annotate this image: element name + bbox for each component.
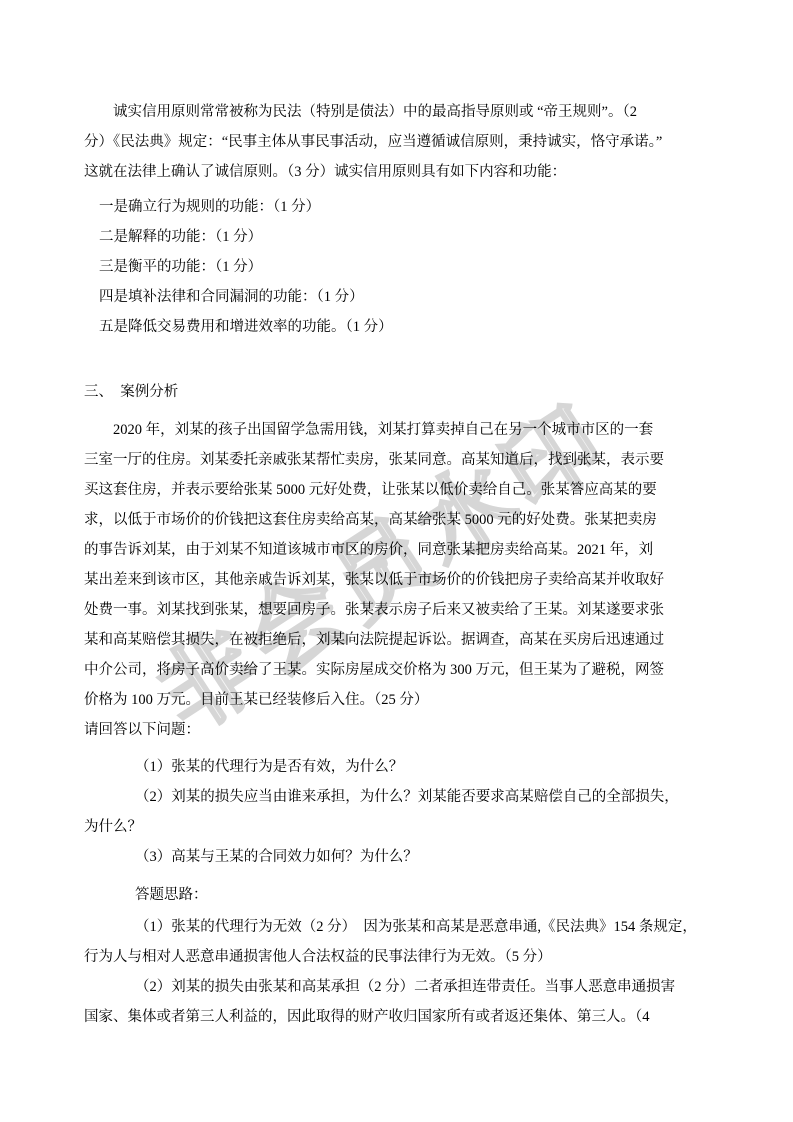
text-line: 四是填补法律和合同漏洞的功能：（1 分） [84, 282, 712, 312]
text-line: 处费一事。刘某找到张某，想要回房子。张某表示房子后来又被卖给了王某。刘某遂要求张 [84, 595, 712, 625]
text-line: 中介公司，将房子高价卖给了王某。实际房屋成交价格为 300 万元，但王某为了避税… [84, 655, 712, 685]
answers: （1）张某的代理行为无效（2 分） 因为张某和高某是恶意串通,《民法典》154 … [84, 912, 712, 1032]
text-line: （1）张某的代理行为是否有效，为什么？ [84, 752, 712, 782]
text-line: 买这套住房，并表示要给张某 5000 元好处费，让张某以低价卖给自己。张某答应高… [84, 475, 712, 505]
case-paragraph: 2020 年，刘某的孩子出国留学急需用钱，刘某打算卖掉自己在另一个城市市区的一套… [84, 415, 712, 715]
text-line: 这就在法律上确认了诚信原则。（3 分）诚实信用原则具有如下内容和功能： [84, 157, 712, 187]
text-line: 一是确立行为规则的功能：（1 分） [84, 192, 712, 222]
text-line: 某和高某赔偿其损失，在被拒绝后，刘某向法院提起诉讼。据调查，高某在买房后迅速通过 [84, 625, 712, 655]
text-line: （3）高某与王某的合同效力如何？为什么？ [84, 842, 712, 872]
text-line: 答题思路： [84, 880, 712, 910]
principle-functions-list: 一是确立行为规则的功能：（1 分）二是解释的功能：（1 分）三是衡平的功能：（1… [84, 192, 712, 342]
questions-prompt: 请回答以下问题： [84, 715, 712, 745]
text-line: 的事告诉刘某，由于刘某不知道该城市市区的房价，同意张某把房卖给高某。2021 年… [84, 535, 712, 565]
questions: （1）张某的代理行为是否有效，为什么？（2）刘某的损失应当由谁来承担，为什么？刘… [84, 752, 712, 872]
text-line: 二是解释的功能：（1 分） [84, 222, 712, 252]
text-line: 三、 案例分析 [84, 377, 712, 407]
text-line: 诚实信用原则常常被称为民法（特别是债法）中的最高指导原则或 “帝王规则”。（2 [84, 97, 712, 127]
text-line: （2）刘某的损失由张某和高某承担（2 分）二者承担连带责任。当事人恶意串通损害 [84, 972, 712, 1002]
text-line: （1）张某的代理行为无效（2 分） 因为张某和高某是恶意串通,《民法典》154 … [84, 912, 712, 942]
text-line: 求，以低于市场价的价钱把这套住房卖给高某，高某给张某 5000 元的好处费。张某… [84, 505, 712, 535]
text-line: 请回答以下问题： [84, 715, 712, 745]
document-body: 诚实信用原则常常被称为民法（特别是债法）中的最高指导原则或 “帝王规则”。（2分… [84, 97, 712, 1032]
text-line: 五是降低交易费用和增进效率的功能。（1 分） [84, 312, 712, 342]
principle-paragraph: 诚实信用原则常常被称为民法（特别是债法）中的最高指导原则或 “帝王规则”。（2分… [84, 97, 712, 187]
section-heading: 三、 案例分析 [84, 377, 712, 407]
text-line: 行为人与相对人恶意串通损害他人合法权益的民事法律行为无效。（5 分） [84, 942, 712, 972]
text-line: 分）《民法典》规定：“民事主体从事民事活动，应当遵循诚信原则，秉持诚实，恪守承诺… [84, 127, 712, 157]
text-line: 为什么？ [84, 812, 712, 842]
text-line: 价格为 100 万元。目前王某已经装修后入住。（25 分） [84, 685, 712, 715]
text-line: 三是衡平的功能：（1 分） [84, 252, 712, 282]
text-line: 某出差来到该市区，其他亲戚告诉刘某，张某以低于市场价的价钱把房子卖给高某并收取好 [84, 565, 712, 595]
document-page: 非会员水印 诚实信用原则常常被称为民法（特别是债法）中的最高指导原则或 “帝王规… [0, 0, 793, 1122]
text-line: 三室一厅的住房。刘某委托亲戚张某帮忙卖房，张某同意。高某知道后，找到张某，表示要 [84, 445, 712, 475]
text-line: （2）刘某的损失应当由谁来承担，为什么？刘某能否要求高某赔偿自己的全部损失， [84, 782, 712, 812]
text-line: 2020 年，刘某的孩子出国留学急需用钱，刘某打算卖掉自己在另一个城市市区的一套 [84, 415, 712, 445]
text-line: 国家、集体或者第三人利益的，因此取得的财产收归国家所有或者返还集体、第三人。（4 [84, 1002, 712, 1032]
answer-outline-title: 答题思路： [84, 880, 712, 910]
